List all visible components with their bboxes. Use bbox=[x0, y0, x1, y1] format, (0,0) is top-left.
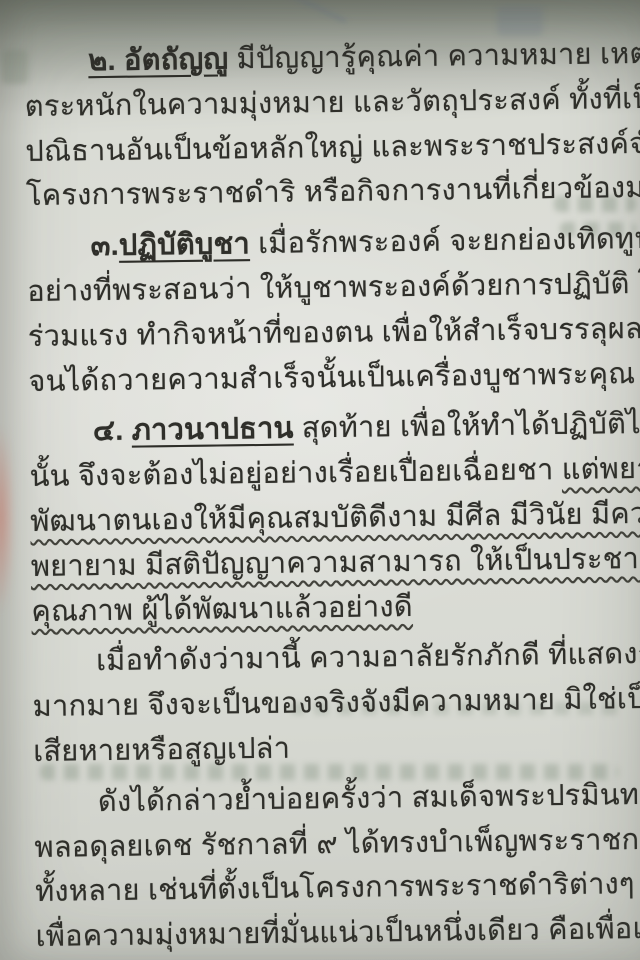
text-line: พลอดุลยเดช รัชกาลที่ ๙ ได้ทรงบำเพ็ญพระรา… bbox=[34, 818, 635, 871]
text-line: มากมาย จึงจะเป็นของจริงจังมีความหมาย มิใ… bbox=[32, 677, 633, 730]
section-heading-text: ปฏิบัติบูชา bbox=[119, 228, 250, 262]
hand-underlined-text: คุณภาพ ผู้ได้พัฒนาแล้วอย่างดี bbox=[31, 591, 413, 628]
body-text: เสียหายหรือสูญเปล่า bbox=[33, 733, 290, 768]
section-heading-text: ๓. bbox=[90, 230, 119, 262]
text-line: ๓.ปฏิบัติบูชา เมื่อรักพระองค์ จะยกย่องเท… bbox=[26, 217, 627, 270]
text-line: เพื่อความมุ่งหมายที่มั่นแน่วเป็นหนึ่งเดี… bbox=[35, 907, 636, 960]
fingertip-edge-blur bbox=[0, 424, 20, 634]
text-line: นั้น จึงจะต้องไม่อยู่อย่างเรื่อยเปื่อยเฉ… bbox=[29, 447, 630, 500]
text-line: ๔. ภาวนาปธาน สุดท้าย เพื่อให้ทำได้ปฏิบัต… bbox=[29, 403, 630, 456]
body-text: ปณิธานอันเป็นข้อหลักใหญ่ และพระราชประสงค… bbox=[25, 126, 640, 168]
section-heading-text: ๒. อัตถัญญู bbox=[88, 43, 228, 77]
paragraph-5: ดังได้กล่าวย้ำบ่อยครั้งว่า สมเด็จพระปรมิ… bbox=[34, 773, 636, 960]
body-text: มากมาย จึงจะเป็นของจริงจังมีความหมาย มิใ… bbox=[32, 682, 640, 723]
text-line: เมื่อทำดังว่ามานี้ ความอาลัยรักภักดี ที่… bbox=[32, 632, 633, 685]
text-line: ตระหนักในความมุ่งหมาย และวัตถุประสงค์ ทั… bbox=[25, 77, 626, 130]
body-text: เพื่อความมุ่งหมายที่มั่นแน่วเป็นหนึ่งเดี… bbox=[35, 911, 640, 953]
body-text: ตระหนักในความมุ่งหมาย และวัตถุประสงค์ ทั… bbox=[25, 81, 640, 123]
text-line: พยายาม มีสติปัญญาความสามารถ ให้เป็นประชา… bbox=[31, 537, 632, 590]
body-text: พลอดุลยเดช รัชกาลที่ ๙ ได้ทรงบำเพ็ญพระรา… bbox=[34, 822, 640, 863]
paragraph-1: ๒. อัตถัญญู มีปัญญารู้คุณค่า ความหมาย เห… bbox=[24, 32, 626, 219]
body-text: โครงการพระราชดำริ หรือกิจการงานที่เกี่ยว… bbox=[26, 171, 640, 212]
hand-underlined-text: พัฒนาตนเองให้มีคุณสมบัติดีงาม มีศีล มีวิ… bbox=[30, 497, 640, 538]
show-through-ink-mark bbox=[497, 6, 543, 36]
text-line: ดังได้กล่าวย้ำบ่อยครั้งว่า สมเด็จพระปรมิ… bbox=[34, 773, 635, 826]
printed-text-block: ๒. อัตถัญญู มีปัญญารู้คุณค่า ความหมาย เห… bbox=[24, 32, 636, 960]
text-line: พัฒนาตนเองให้มีคุณสมบัติดีงาม มีศีล มีวิ… bbox=[30, 492, 631, 545]
text-line: คุณภาพ ผู้ได้พัฒนาแล้วอย่างดี bbox=[31, 582, 632, 635]
body-text: มีปัญญารู้คุณค่า ความหมาย เหตุผล bbox=[228, 37, 640, 75]
paragraph-2: ๓.ปฏิบัติบูชา เมื่อรักพระองค์ จะยกย่องเท… bbox=[26, 217, 628, 404]
text-line: ร่วมแรง ทำกิจหน้าที่ของตน เพื่อให้สำเร็จ… bbox=[28, 307, 629, 360]
hand-underlined-text: พยายาม มีสติปัญญาความสามารถ ให้เป็นประชา… bbox=[31, 542, 640, 583]
section-heading-text: ๔. bbox=[93, 415, 132, 448]
text-line: ๒. อัตถัญญู มีปัญญารู้คุณค่า ความหมาย เห… bbox=[24, 32, 625, 85]
body-text: ดังได้กล่าวย้ำบ่อยครั้งว่า สมเด็จพระปรมิ… bbox=[98, 777, 640, 818]
text-line: จนได้ถวายความสำเร็จนั้นเป็นเครื่องบูชาพร… bbox=[28, 352, 629, 405]
text-line: อย่างที่พระสอนว่า ให้บูชาพระองค์ด้วยการป… bbox=[27, 262, 628, 315]
text-line: เสียหายหรือสูญเปล่า bbox=[33, 722, 634, 775]
photographed-book-page: ๒. อัตถัญญู มีปัญญารู้คุณค่า ความหมาย เห… bbox=[0, 0, 640, 960]
body-text: อย่างที่พระสอนว่า ให้บูชาพระองค์ด้วยการป… bbox=[27, 266, 640, 308]
body-text: เมื่อรักพระองค์ จะยกย่องเทิดทูน ก็ทำ bbox=[250, 222, 640, 260]
paragraph-3: ๔. ภาวนาปธาน สุดท้าย เพื่อให้ทำได้ปฏิบัต… bbox=[29, 403, 632, 635]
section-heading-text: ภาวนาปธาน bbox=[132, 413, 294, 447]
paragraph-4: เมื่อทำดังว่ามานี้ ความอาลัยรักภักดี ที่… bbox=[32, 632, 634, 774]
body-text: เมื่อทำดังว่ามานี้ ความอาลัยรักภักดี ที่… bbox=[96, 637, 640, 677]
show-through-ink-mark bbox=[279, 0, 347, 23]
body-text: จนได้ถวายความสำเร็จนั้นเป็นเครื่องบูชาพร… bbox=[28, 358, 635, 398]
hand-underlined-text: แต่พยายาม bbox=[562, 452, 640, 486]
text-line: ทั้งหลาย เช่นที่ตั้งเป็นโครงการพระราชดำร… bbox=[35, 862, 636, 915]
text-line: ปณิธานอันเป็นข้อหลักใหญ่ และพระราชประสงค… bbox=[25, 122, 626, 175]
body-text: สุดท้าย เพื่อให้ทำได้ปฏิบัติได้อย่าง bbox=[293, 407, 640, 445]
body-text: ทั้งหลาย เช่นที่ตั้งเป็นโครงการพระราชดำร… bbox=[35, 867, 640, 909]
body-text: นั้น จึงจะต้องไม่อยู่อย่างเรื่อยเปื่อยเฉ… bbox=[29, 454, 562, 493]
body-text: ร่วมแรง ทำกิจหน้าที่ของตน เพื่อให้สำเร็จ… bbox=[28, 311, 640, 353]
text-line: โครงการพระราชดำริ หรือกิจการงานที่เกี่ยว… bbox=[26, 167, 627, 220]
